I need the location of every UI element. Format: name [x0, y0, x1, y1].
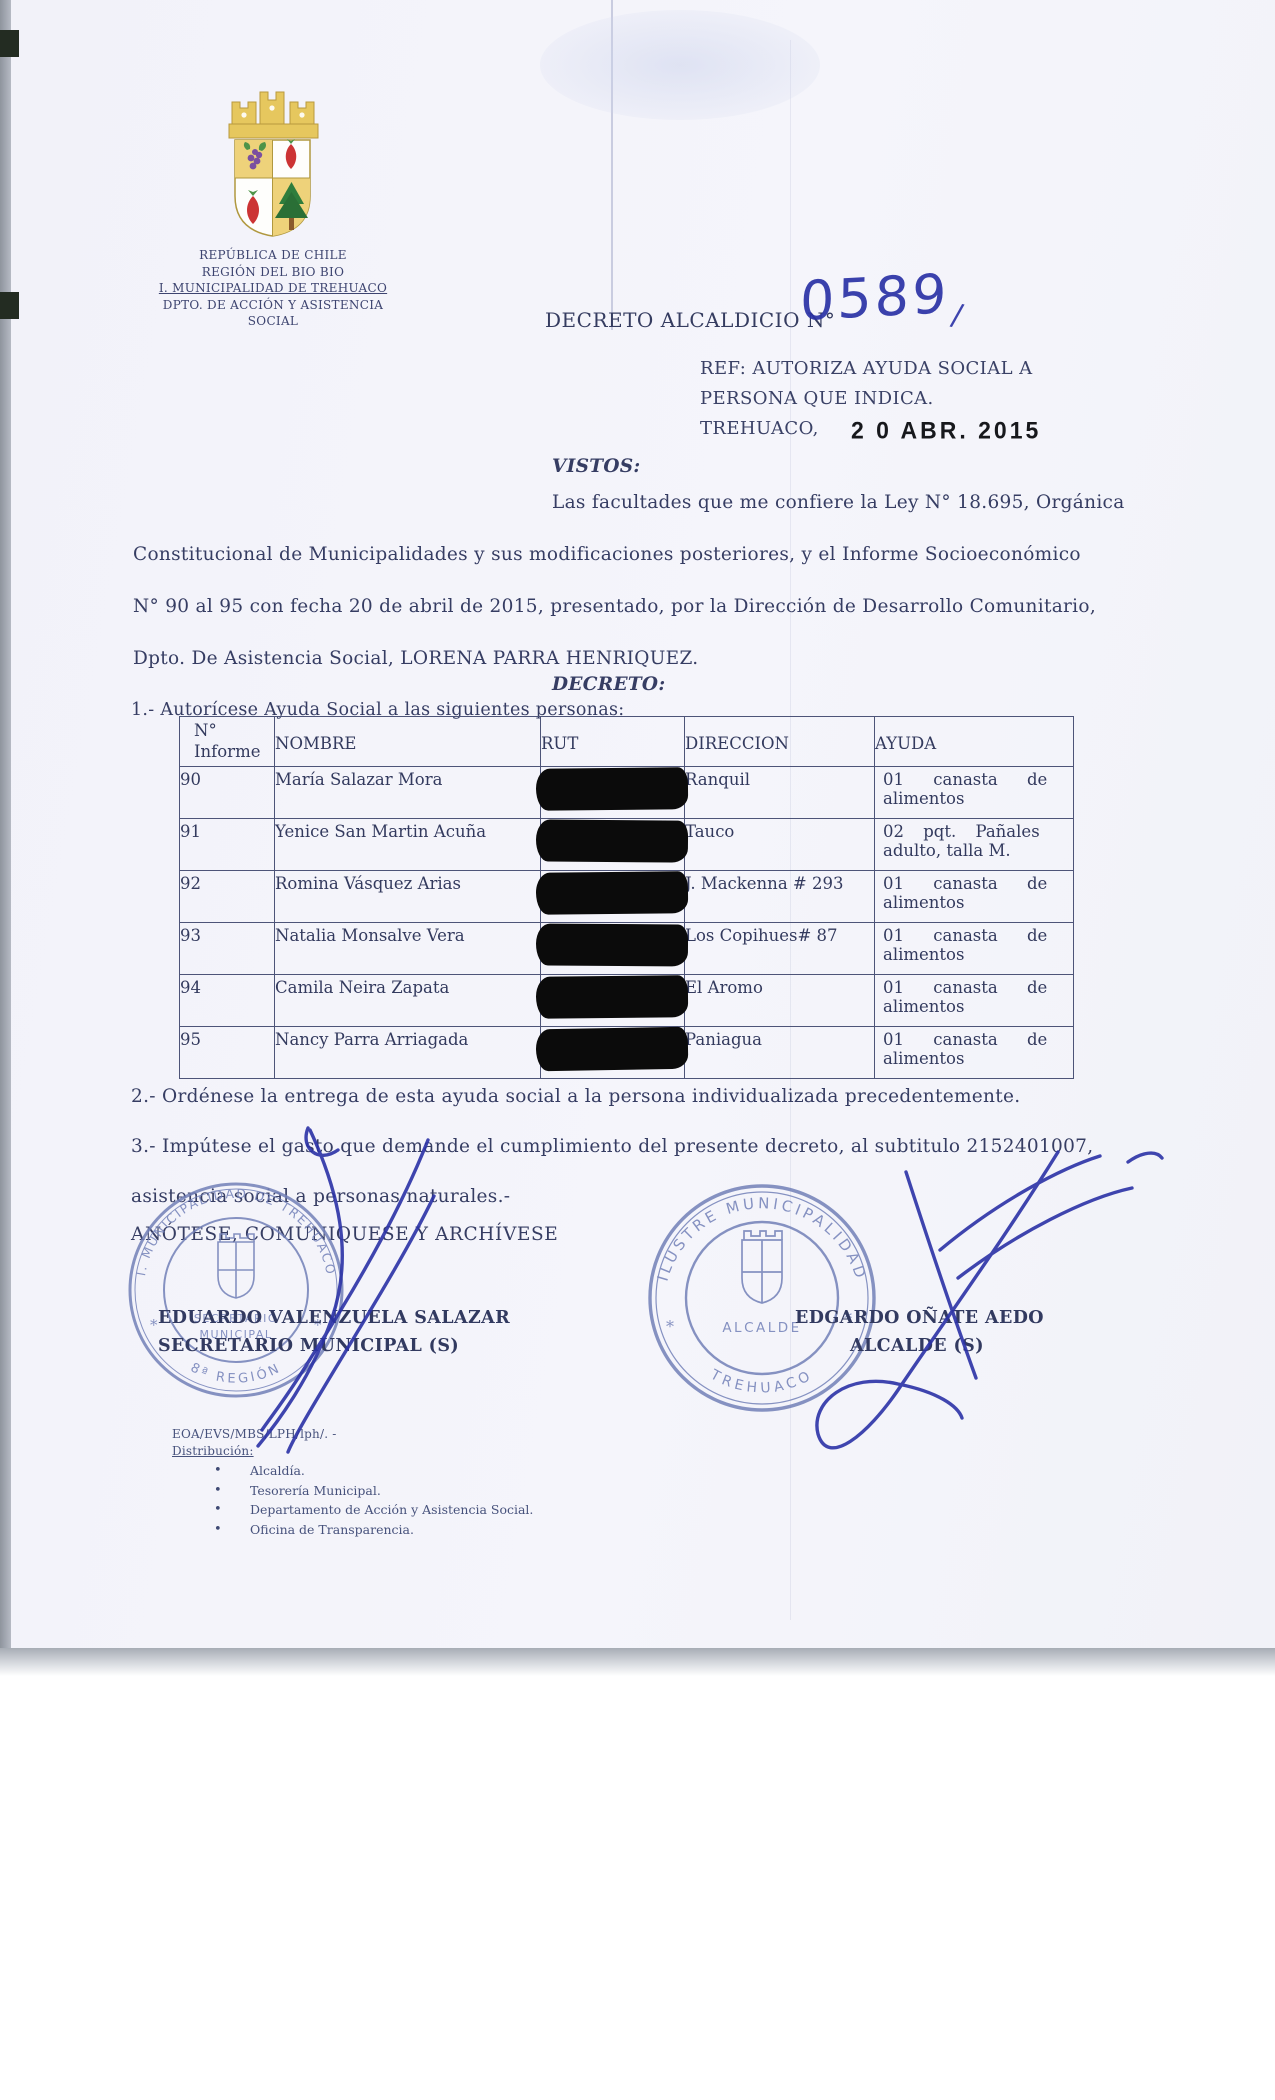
cell-rut — [541, 1027, 685, 1079]
stamp-star-left: * — [150, 1316, 158, 1334]
cell-nombre: Yenice San Martin Acuña — [275, 819, 541, 871]
decreto-item-3a: 3.- Impútese el gasto que demande el cum… — [131, 1136, 1093, 1157]
cell-ayuda: 01 canasta de alimentos — [875, 1027, 1074, 1079]
cell-nombre: Romina Vásquez Arias — [275, 871, 541, 923]
mayor-title: ALCALDE (S) — [850, 1336, 984, 1356]
rut-redaction-bar — [536, 819, 688, 862]
svg-text:8ª REGIÓN: 8ª REGIÓN — [188, 1360, 284, 1386]
handwritten-slash: / — [948, 297, 965, 333]
cell-rut — [541, 819, 685, 871]
ayuda-line-2: alimentos — [875, 789, 1073, 808]
cell-direccion: Los Copihues# 87 — [685, 923, 875, 975]
mayor-signature-stroke — [958, 1188, 1132, 1278]
cell-ayuda: 01 canasta de alimentos — [875, 767, 1074, 819]
ayuda-line-1: 01 canasta de — [875, 978, 1073, 997]
col-header-rut: RUT — [541, 717, 685, 767]
scan-edge-mark-lower — [0, 292, 19, 319]
ayuda-line-2: alimentos — [875, 945, 1073, 964]
distribution-heading: Distribución: — [172, 1444, 254, 1458]
beneficiaries-table: N° Informe NOMBRE RUT DIRECCION AYUDA 90… — [179, 716, 1074, 1079]
cell-direccion: J. Mackenna # 293 — [685, 871, 875, 923]
cell-informe: 95 — [180, 1027, 275, 1079]
ref-line-1: REF: AUTORIZA AYUDA SOCIAL A — [700, 358, 1032, 379]
ayuda-line-1: 01 canasta de — [875, 770, 1073, 789]
stamp-star-left: * — [666, 1317, 674, 1336]
ayuda-line-2: alimentos — [875, 893, 1073, 912]
letterhead-municipality: I. MUNICIPALIDAD DE TREHUACO — [148, 280, 398, 297]
letterhead-country: REPÚBLICA DE CHILE — [148, 247, 398, 264]
ref-line-2: PERSONA QUE INDICA. — [700, 388, 934, 409]
cell-informe: 90 — [180, 767, 275, 819]
table-header-row: N° Informe NOMBRE RUT DIRECCION AYUDA — [180, 717, 1074, 767]
table-row: 90 María Salazar Mora Ranquil 01 canasta… — [180, 767, 1074, 819]
scanned-sheet: REPÚBLICA DE CHILE REGIÓN DEL BIO BIO I.… — [0, 0, 1275, 1650]
scan-bottom-shadow — [0, 1648, 1275, 1676]
municipal-coat-of-arms — [205, 78, 340, 243]
mayor-municipal-stamp: ILUSTRE MUNICIPALIDAD TREHUACO ALCALDE *… — [640, 1176, 884, 1420]
stamp-inner-line-1: ALCALDE — [722, 1320, 801, 1336]
cell-informe: 92 — [180, 871, 275, 923]
cell-informe: 91 — [180, 819, 275, 871]
secretary-municipal-stamp: I. MUNICIPALIDAD DE TREHUACO 8ª REGIÓN S… — [118, 1172, 354, 1408]
cell-nombre: Nancy Parra Arriagada — [275, 1027, 541, 1079]
decreto-heading: DECRETO: — [552, 674, 665, 695]
decreto-item-2: 2.- Ordénese la entrega de esta ayuda so… — [131, 1086, 1020, 1107]
vistos-line-4: Dpto. De Asistencia Social, LORENA PARRA… — [133, 648, 698, 669]
footer-initials: EOA/EVS/MBS/LPH/lph/. - — [172, 1427, 337, 1441]
cell-rut — [541, 767, 685, 819]
table-row: 95 Nancy Parra Arriagada Paniagua 01 can… — [180, 1027, 1074, 1079]
cell-ayuda: 01 canasta de alimentos — [875, 871, 1074, 923]
cell-direccion: Tauco — [685, 819, 875, 871]
letterhead: REPÚBLICA DE CHILE REGIÓN DEL BIO BIO I.… — [148, 247, 398, 330]
distribution-item: Oficina de Transparencia. — [214, 1520, 533, 1540]
table-row: 91 Yenice San Martin Acuña Tauco 02 pqt.… — [180, 819, 1074, 871]
cell-direccion: Paniagua — [685, 1027, 875, 1079]
ayuda-line-1: 01 canasta de — [875, 874, 1073, 893]
secretary-name: EDUARDO VALENZUELA SALAZAR — [158, 1308, 510, 1328]
vistos-line-2: Constitucional de Municipalidades y sus … — [133, 544, 1081, 565]
rut-redaction-bar — [536, 871, 688, 915]
distribution-item: Departamento de Acción y Asistencia Soci… — [214, 1500, 533, 1520]
rut-redaction-bar — [536, 767, 688, 811]
rut-redaction-bar — [536, 1027, 689, 1072]
ayuda-line-2: alimentos — [875, 1049, 1073, 1068]
cell-informe: 94 — [180, 975, 275, 1027]
ayuda-line-1: 01 canasta de — [875, 926, 1073, 945]
cell-direccion: El Aromo — [685, 975, 875, 1027]
cell-ayuda: 02 pqt. Pañales adulto, talla M. — [875, 819, 1074, 871]
letterhead-region: REGIÓN DEL BIO BIO — [148, 264, 398, 281]
cell-informe: 93 — [180, 923, 275, 975]
scan-smudge — [540, 10, 820, 120]
document-page: REPÚBLICA DE CHILE REGIÓN DEL BIO BIO I.… — [0, 0, 1275, 2100]
mayor-name: EDGARDO OÑATE AEDO — [795, 1308, 1044, 1328]
vistos-line-1: Las facultades que me confiere la Ley N°… — [552, 492, 1125, 513]
cell-nombre: Camila Neira Zapata — [275, 975, 541, 1027]
svg-text:TREHUACO: TREHUACO — [707, 1366, 816, 1396]
rut-redaction-bar — [536, 975, 688, 1019]
cell-ayuda: 01 canasta de alimentos — [875, 923, 1074, 975]
letterhead-department: DPTO. DE ACCIÓN Y ASISTENCIA SOCIAL — [148, 297, 398, 330]
rut-redaction-bar — [536, 923, 688, 966]
ref-line-3: TREHUACO, — [700, 418, 819, 439]
cell-rut — [541, 871, 685, 923]
scan-left-edge — [0, 0, 11, 1650]
table-row: 93 Natalia Monsalve Vera Los Copihues# 8… — [180, 923, 1074, 975]
scan-edge-mark-top — [0, 30, 19, 57]
distribution-item: Tesorería Municipal. — [214, 1481, 533, 1501]
mayor-signature-stroke — [940, 1156, 1100, 1250]
table-row: 94 Camila Neira Zapata El Aromo 01 canas… — [180, 975, 1074, 1027]
cell-ayuda: 01 canasta de alimentos — [875, 975, 1074, 1027]
distribution-item: Alcaldía. — [214, 1461, 533, 1481]
cell-rut — [541, 975, 685, 1027]
mayor-signature-stroke — [1128, 1153, 1162, 1162]
vistos-line-3: N° 90 al 95 con fecha 20 de abril de 201… — [133, 596, 1096, 617]
cell-nombre: Natalia Monsalve Vera — [275, 923, 541, 975]
ayuda-line-2: alimentos — [875, 997, 1073, 1016]
date-stamp: 2 0 ABR. 2015 — [851, 416, 1041, 445]
stamp-arc-bottom-text: TREHUACO — [707, 1366, 816, 1396]
cell-nombre: María Salazar Mora — [275, 767, 541, 819]
decree-title: DECRETO ALCALDICIO N° — [545, 308, 835, 332]
table-row: 92 Romina Vásquez Arias J. Mackenna # 29… — [180, 871, 1074, 923]
vistos-heading: VISTOS: — [552, 456, 641, 477]
col-header-informe: N° Informe — [180, 717, 275, 767]
cell-direccion: Ranquil — [685, 767, 875, 819]
distribution-list: Alcaldía. Tesorería Municipal. Departame… — [214, 1461, 533, 1539]
col-header-nombre: NOMBRE — [275, 717, 541, 767]
stamp-arc-bottom-text: 8ª REGIÓN — [188, 1360, 284, 1386]
col-header-direccion: DIRECCION — [685, 717, 875, 767]
cell-rut — [541, 923, 685, 975]
ayuda-line-1: 01 canasta de — [875, 1030, 1073, 1049]
ayuda-line-1: 02 pqt. Pañales — [875, 822, 1073, 841]
col-header-ayuda: AYUDA — [875, 717, 1074, 767]
secretary-title: SECRETARIO MUNICIPAL (S) — [158, 1336, 459, 1356]
ayuda-line-2: adulto, talla M. — [875, 841, 1073, 860]
handwritten-decree-number: 0589 — [800, 262, 950, 333]
